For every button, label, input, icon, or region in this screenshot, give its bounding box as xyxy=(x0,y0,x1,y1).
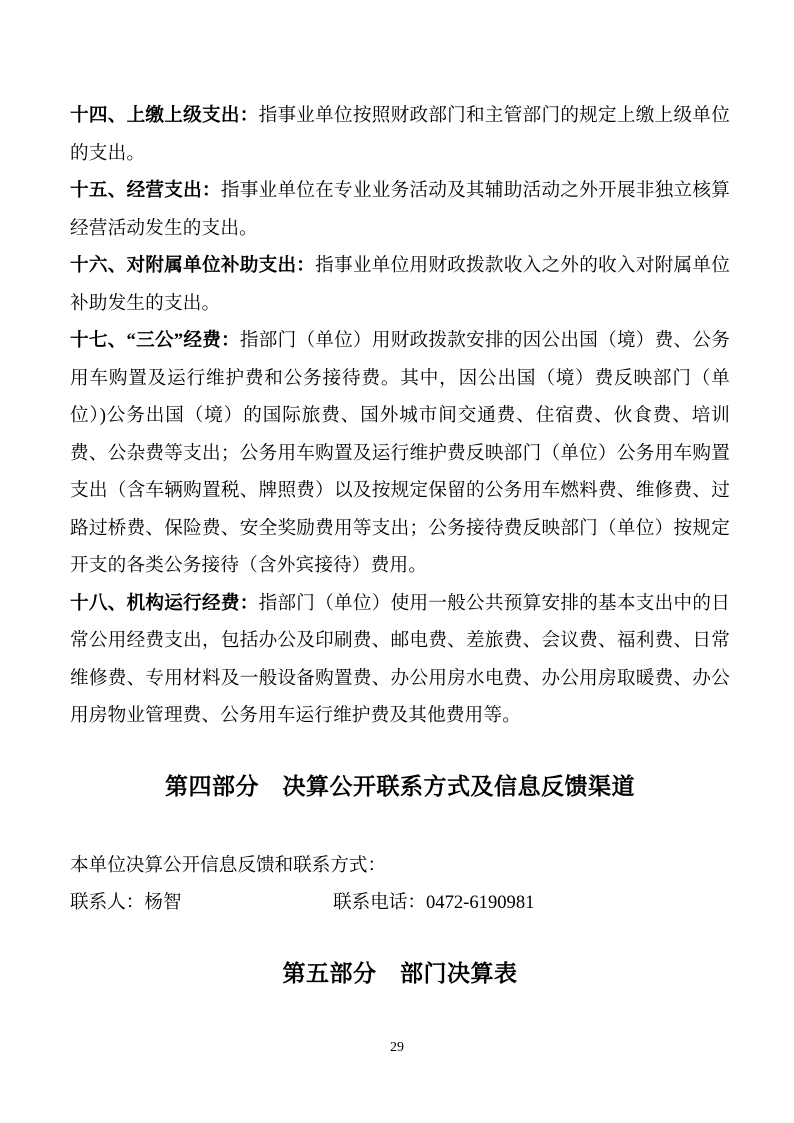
contact-intro-line: 本单位决算公开信息反馈和联系方式： xyxy=(70,847,730,885)
definition-item-15: 十五、经营支出：指事业单位在专业业务活动及其辅助活动之外开展非独立核算经营活动发… xyxy=(70,172,730,247)
contact-phone-group: 联系电话：0472-6190981 xyxy=(333,892,534,913)
definition-item-18: 十八、机构运行经费：指部门（单位）使用一般公共预算安排的基本支出中的日常公用经费… xyxy=(70,585,730,735)
definition-term-18: 十八、机构运行经费： xyxy=(70,593,259,614)
definition-term-17: 十七、“三公”经费： xyxy=(70,330,240,351)
page-content: 十四、上缴上级支出：指事业单位按照财政部门和主管部门的规定上缴上级单位的支出。 … xyxy=(70,0,730,990)
contact-person-label: 联系人： xyxy=(70,892,144,913)
contact-phone-label: 联系电话： xyxy=(333,892,426,913)
definition-term-14: 十四、上缴上级支出： xyxy=(70,105,259,126)
section4-heading: 第四部分 决算公开联系方式及信息反馈渠道 xyxy=(70,771,730,803)
contact-phone-number: 0472-6190981 xyxy=(426,892,534,913)
definition-term-16: 十六、对附属单位补助支出： xyxy=(70,255,315,276)
contact-person-name: 杨智 xyxy=(144,892,181,913)
definition-item-14: 十四、上缴上级支出：指事业单位按照财政部门和主管部门的规定上缴上级单位的支出。 xyxy=(70,97,730,172)
contact-person-group: 联系人：杨智 xyxy=(70,884,333,922)
definition-text-17: 指部门（单位）用财政拨款安排的因公出国（境）费、公务用车购置及运行维护费和公务接… xyxy=(70,330,730,576)
section5-heading: 第五部分 部门决算表 xyxy=(70,958,730,990)
page-number: 29 xyxy=(0,1040,794,1056)
contact-row: 联系人：杨智联系电话：0472-6190981 xyxy=(70,884,730,922)
document-page: 十四、上缴上级支出：指事业单位按照财政部门和主管部门的规定上缴上级单位的支出。 … xyxy=(0,0,794,1123)
definition-term-15: 十五、经营支出： xyxy=(70,180,221,201)
definition-item-16: 十六、对附属单位补助支出：指事业单位用财政拨款收入之外的收入对附属单位补助发生的… xyxy=(70,247,730,322)
definition-item-17: 十七、“三公”经费：指部门（单位）用财政拨款安排的因公出国（境）费、公务用车购置… xyxy=(70,322,730,585)
